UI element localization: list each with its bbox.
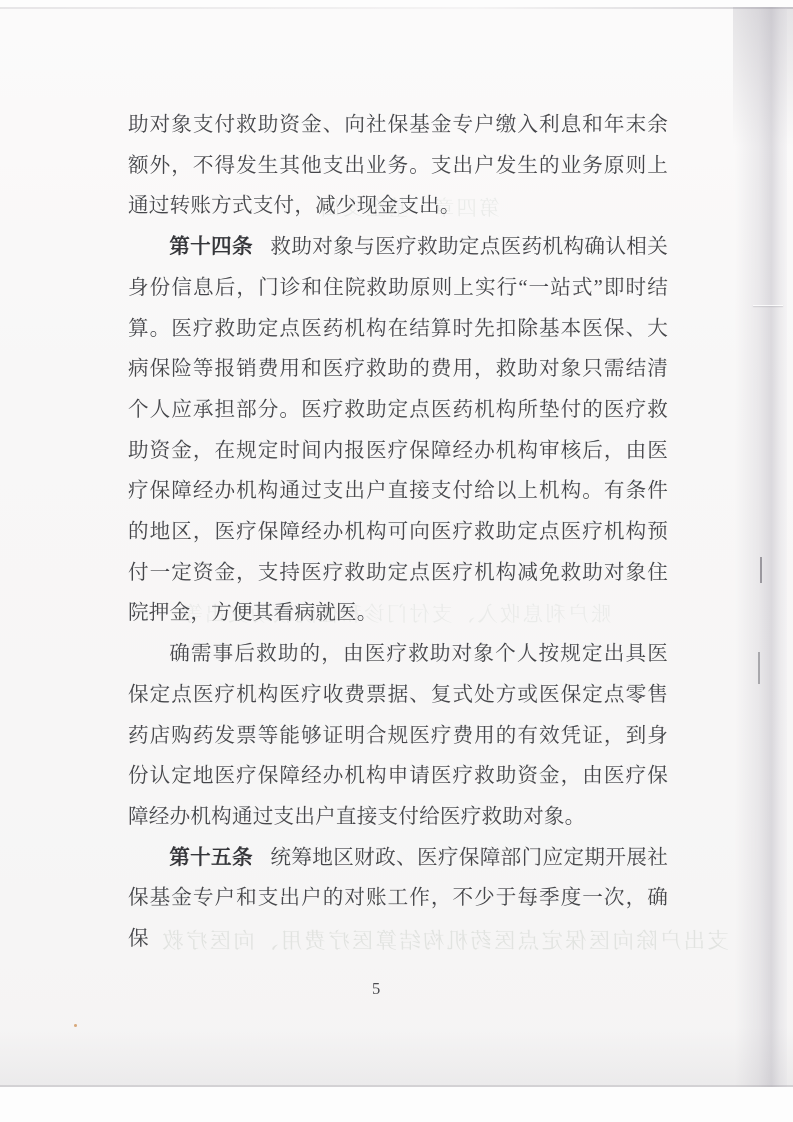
paper-crease (753, 305, 783, 306)
paper-sheet: 第四章 基金支出账户利息收入、支付门诊和住院救助支出等支出户除向医保定点医药机构… (0, 7, 793, 1087)
corner-shadow (733, 7, 793, 147)
scan-artifact-speck (74, 1024, 77, 1027)
bottom-shadow (0, 1027, 793, 1087)
scan-artifact-dash (760, 557, 762, 583)
para-article14: 第十四条救助对象与医疗救助定点医药机构确认相关身份信息后，门诊和住院救助原则上实… (128, 227, 668, 634)
scan-artifact-dash (758, 652, 760, 684)
page-curl-shadow (735, 7, 787, 1087)
article-number: 第十五条 (169, 846, 253, 869)
para-article15: 第十五条统筹地区财政、医疗保障部门应定期开展社保基金专户和支出户的对账工作，不少… (128, 838, 668, 960)
para-ex-post-assistance: 确需事后救助的，由医疗救助对象个人按规定出具医保定点医疗机构医疗收费票据、复式处… (128, 634, 668, 838)
page-number: 5 (372, 979, 380, 999)
para-article13-continuation: 助对象支付救助资金、向社保基金专户缴入利息和年末余额外，不得发生其他支出业务。支… (128, 105, 668, 227)
text-block: 助对象支付救助资金、向社保基金专户缴入利息和年末余额外，不得发生其他支出业务。支… (128, 105, 668, 960)
scanned-page: 第四章 基金支出账户利息收入、支付门诊和住院救助支出等支出户除向医保定点医药机构… (0, 0, 793, 1122)
article-number: 第十四条 (169, 235, 253, 258)
